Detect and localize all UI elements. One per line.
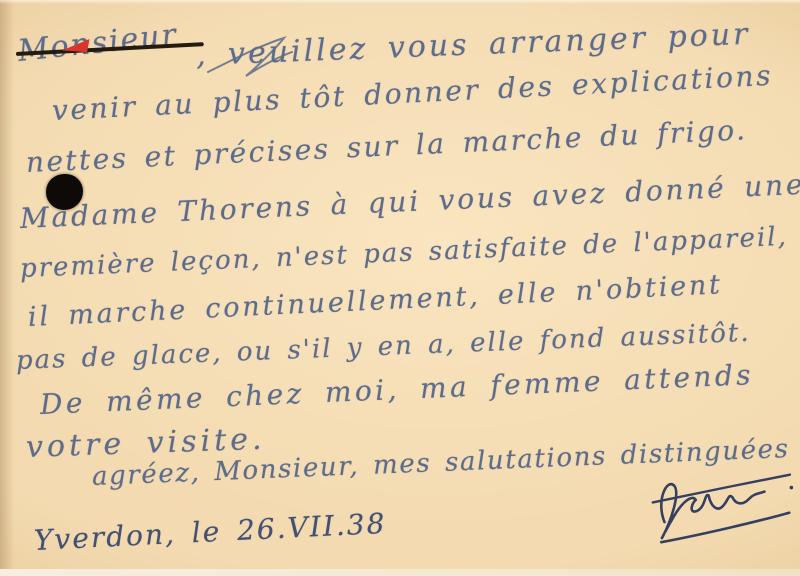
letter-line-4: Madame Thorens à qui vous avez donné une — [19, 168, 800, 235]
scan-edge-shadow — [0, 0, 14, 576]
struck-salutation: Monsieur — [16, 17, 179, 69]
scan-edge-highlight — [0, 0, 800, 4]
signature — [647, 461, 800, 552]
scanned-letter: Monsieur , veuillez vous arranger pour v… — [0, 0, 800, 576]
dateline: Yverdon, le 26.VII.38 — [33, 507, 387, 557]
letter-line-3: nettes et précises sur la marche du frig… — [25, 113, 748, 179]
scan-edge-strip — [0, 569, 800, 576]
